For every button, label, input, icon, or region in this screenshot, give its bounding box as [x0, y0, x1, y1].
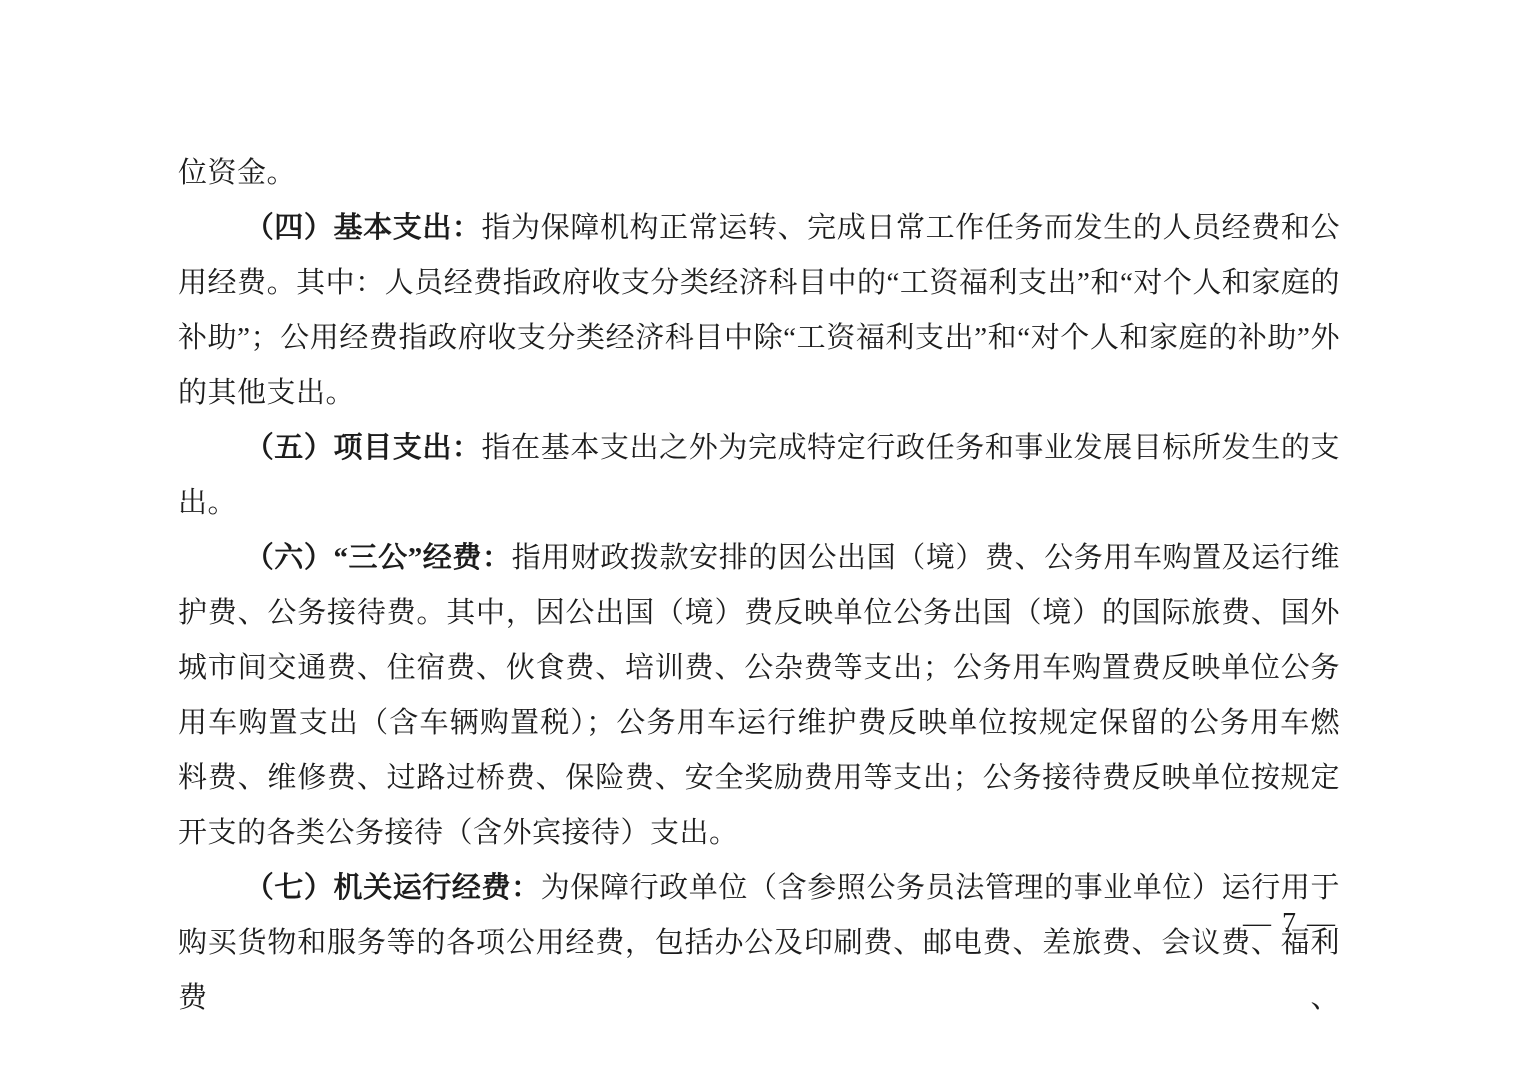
paragraph-lead: （五）项目支出： — [245, 432, 482, 464]
paragraph-lead: （四）基本支出： — [245, 212, 482, 244]
paragraph-lead: （六）“三公”经费： — [245, 542, 512, 574]
paragraph-lead: （七）机关运行经费： — [245, 872, 541, 904]
paragraph-item-4-basic-expenditure: （四）基本支出：指为保障机构正常运转、完成日常工作任务而发生的人员经费和公用经费… — [178, 201, 1340, 421]
paragraph-text: 指用财政拨款安排的因公出国（境）费、公务用车购置及运行维护费、公务接待费。其中，… — [178, 542, 1340, 849]
paragraph-text: 位资金。 — [178, 157, 296, 189]
paragraph-item-6-three-public-funds: （六）“三公”经费：指用财政拨款安排的因公出国（境）费、公务用车购置及运行维护费… — [178, 531, 1340, 861]
paragraph-item-5-project-expenditure: （五）项目支出：指在基本支出之外为完成特定行政任务和事业发展目标所发生的支出。 — [178, 421, 1340, 531]
document-page: 位资金。 （四）基本支出：指为保障机构正常运转、完成日常工作任务而发生的人员经费… — [0, 0, 1520, 1074]
document-text-block: 位资金。 （四）基本支出：指为保障机构正常运转、完成日常工作任务而发生的人员经费… — [178, 146, 1340, 1026]
paragraph-continuation: 位资金。 — [178, 146, 1340, 201]
page-number: — 7 — — [1243, 903, 1337, 945]
paragraph-item-7-agency-operating-funds: （七）机关运行经费：为保障行政单位（含参照公务员法管理的事业单位）运行用于购买货… — [178, 861, 1340, 1026]
